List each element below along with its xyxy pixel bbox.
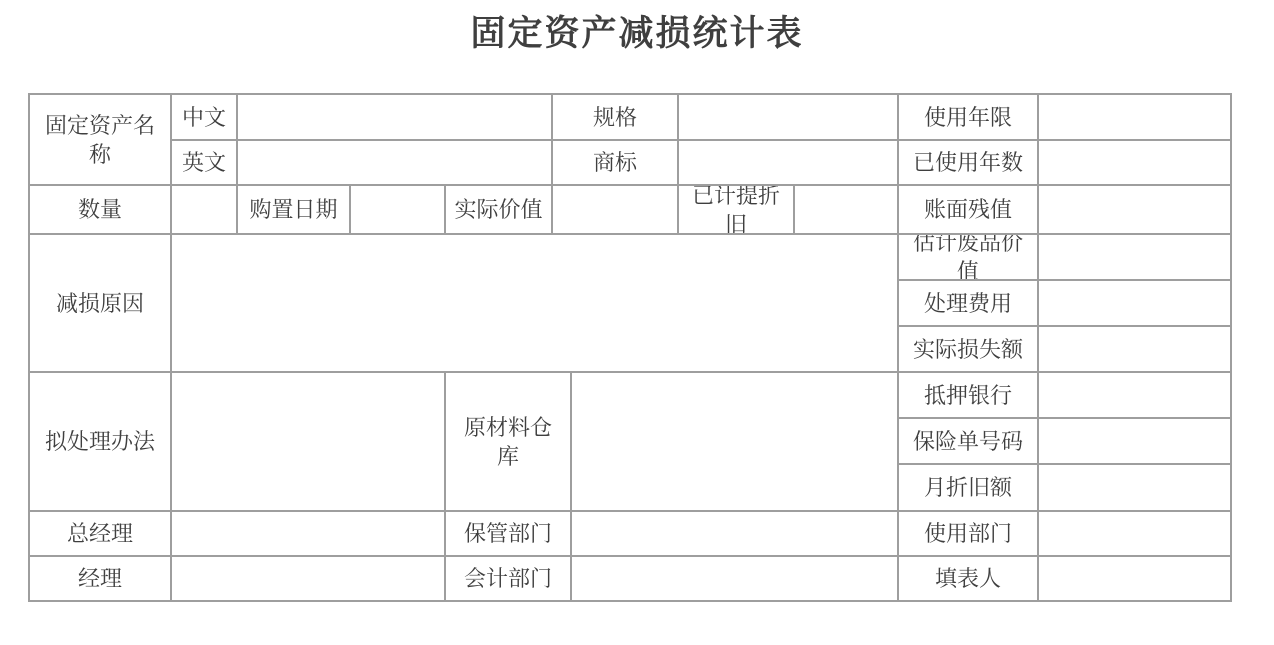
service-life-field[interactable] — [1039, 95, 1230, 139]
actual-value-field[interactable] — [553, 186, 677, 233]
disposal-cost-field[interactable] — [1039, 281, 1230, 325]
years-used-field[interactable] — [1039, 141, 1230, 184]
quantity-field[interactable] — [172, 186, 236, 233]
impairment-form-table: 固定资产名称 中文 规格 使用年限 英文 商标 已使用年数 数量 购置日期 实际… — [28, 93, 1232, 602]
page-title: 固定资产减损统计表 — [0, 12, 1274, 56]
raw-material-warehouse-label: 原材料仓库 — [446, 373, 570, 510]
actual-loss-field[interactable] — [1039, 327, 1230, 371]
est-scrap-value-field[interactable] — [1039, 235, 1230, 279]
custody-dept-field[interactable] — [572, 512, 897, 555]
spec-field[interactable] — [679, 95, 897, 139]
monthly-depreciation-field[interactable] — [1039, 465, 1230, 510]
mortgage-bank-field[interactable] — [1039, 373, 1230, 417]
monthly-depreciation-label: 月折旧额 — [899, 465, 1037, 510]
spec-label: 规格 — [553, 95, 677, 139]
using-dept-label: 使用部门 — [899, 512, 1037, 555]
insurance-no-field[interactable] — [1039, 419, 1230, 463]
preparer-label: 填表人 — [899, 557, 1037, 600]
insurance-no-label: 保险单号码 — [899, 419, 1037, 463]
asset-name-cn-field[interactable] — [238, 95, 551, 139]
general-manager-field[interactable] — [172, 512, 444, 555]
proposed-method-label: 拟处理办法 — [30, 373, 170, 510]
purchase-date-label: 购置日期 — [238, 186, 349, 233]
asset-name-en-field[interactable] — [238, 141, 551, 184]
english-label: 英文 — [172, 141, 236, 184]
trademark-label: 商标 — [553, 141, 677, 184]
accrued-depreciation-label: 已计提折旧 — [679, 186, 793, 233]
actual-value-label: 实际价值 — [446, 186, 551, 233]
manager-field[interactable] — [172, 557, 444, 600]
book-residual-label: 账面残值 — [899, 186, 1037, 233]
chinese-label: 中文 — [172, 95, 236, 139]
impairment-reason-field[interactable] — [172, 235, 897, 371]
trademark-field[interactable] — [679, 141, 897, 184]
service-life-label: 使用年限 — [899, 95, 1037, 139]
general-manager-label: 总经理 — [30, 512, 170, 555]
book-residual-field[interactable] — [1039, 186, 1230, 233]
accounting-dept-label: 会计部门 — [446, 557, 570, 600]
impairment-reason-label: 减损原因 — [30, 235, 170, 371]
mortgage-bank-label: 抵押银行 — [899, 373, 1037, 417]
raw-material-warehouse-field[interactable] — [572, 373, 897, 510]
custody-dept-label: 保管部门 — [446, 512, 570, 555]
proposed-method-field[interactable] — [172, 373, 444, 510]
preparer-field[interactable] — [1039, 557, 1230, 600]
accrued-depreciation-field[interactable] — [795, 186, 897, 233]
est-scrap-value-label: 估计废品价值 — [899, 235, 1037, 279]
using-dept-field[interactable] — [1039, 512, 1230, 555]
years-used-label: 已使用年数 — [899, 141, 1037, 184]
quantity-label: 数量 — [30, 186, 170, 233]
disposal-cost-label: 处理费用 — [899, 281, 1037, 325]
manager-label: 经理 — [30, 557, 170, 600]
accounting-dept-field[interactable] — [572, 557, 897, 600]
asset-name-label: 固定资产名称 — [30, 95, 170, 184]
actual-loss-label: 实际损失额 — [899, 327, 1037, 371]
purchase-date-field[interactable] — [351, 186, 444, 233]
